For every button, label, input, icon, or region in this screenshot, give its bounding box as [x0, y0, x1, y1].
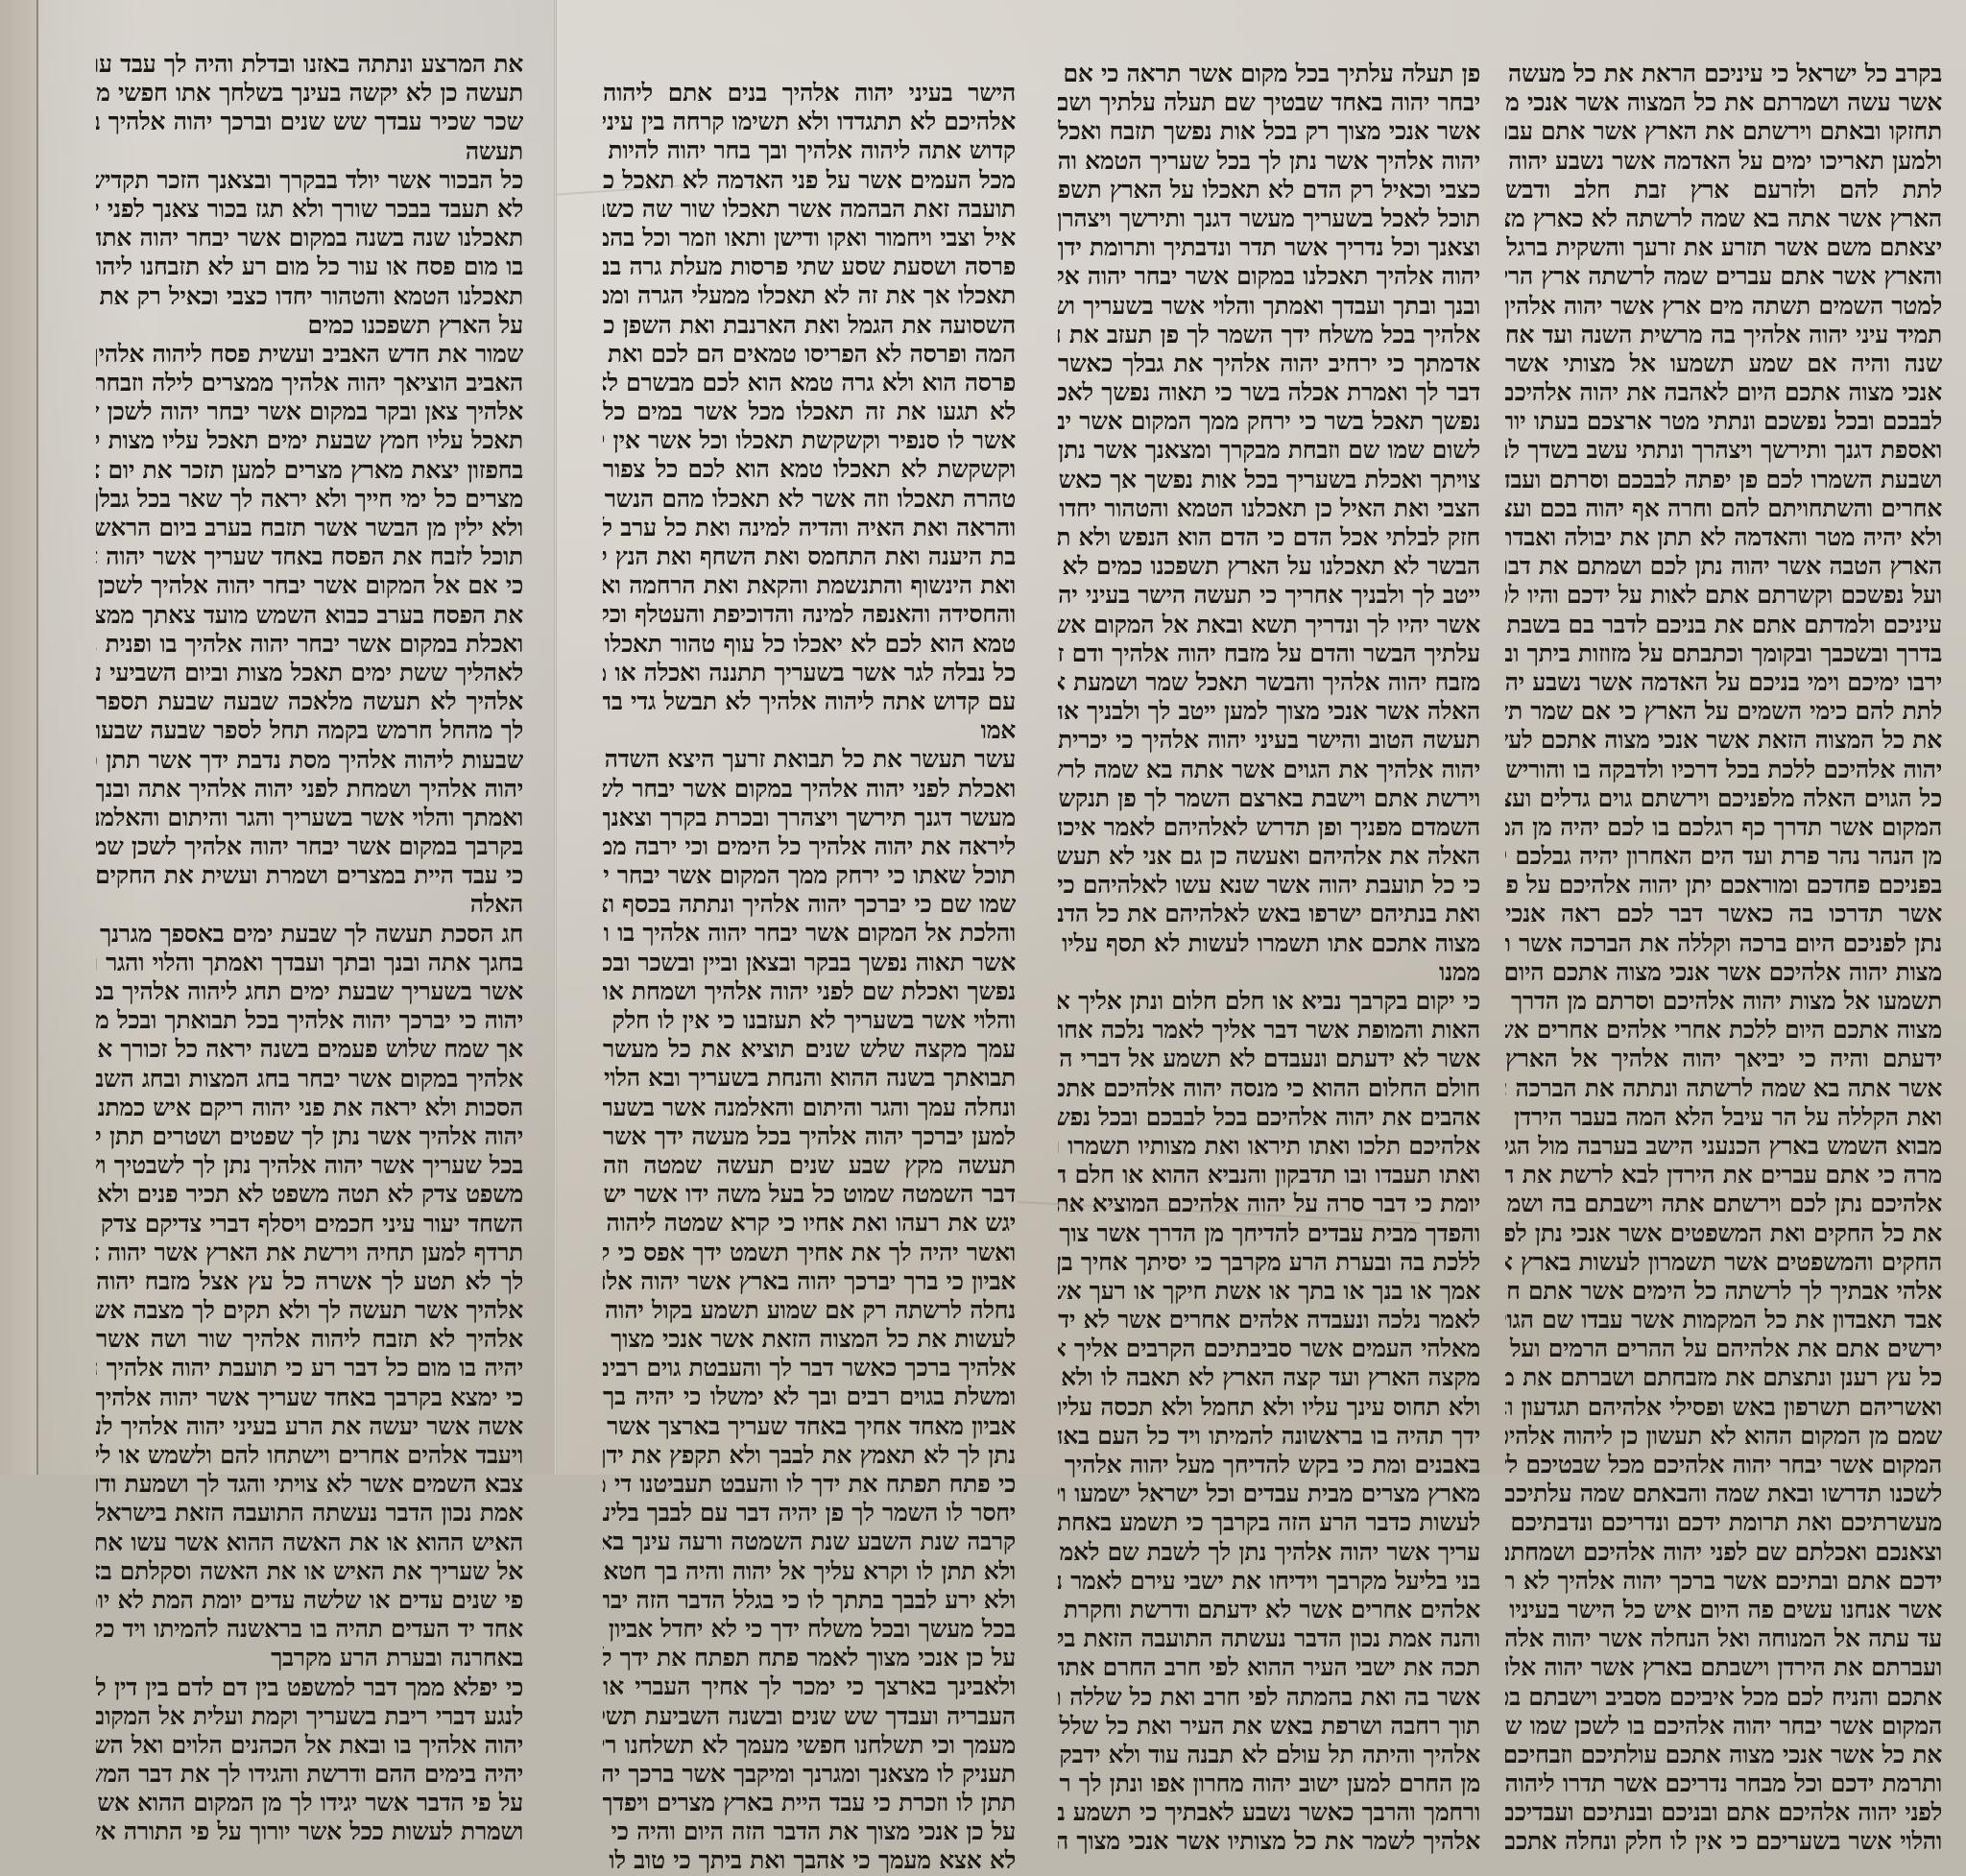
text-column-center-left: הישר בעיני יהוה אלהיך בנים אתם ליהוהאלהי… [603, 79, 1016, 1475]
scroll-text-line: יבחר יהוה באחד שבטיך שם תעלה עלתיך ושם ת… [1058, 88, 1480, 117]
scroll-text-line: תבואתך בשנה ההוא והנחת בשעריך ובא הלוי כ… [603, 1064, 1016, 1093]
scroll-text-line: למען יברכך יהוה אלהיך בכל מעשה ידך אשר [603, 1122, 1016, 1151]
scroll-text-line: והפדך מבית עבדים להדיחך מן הדרך אשר צוך … [1058, 1219, 1480, 1248]
scroll-text-line: מצות יהוה אלהיכם אשר אנכי מצוה אתכם היום… [1505, 958, 1942, 987]
scroll-text-line: המקום אשר יבחר יהוה אלהיכם מכל שבטיכם לש… [1505, 1451, 1942, 1475]
scroll-text-line: כל עץ רענן ונתצתם את מזבחתם ושברתם את מצ… [1505, 1363, 1942, 1392]
scroll-text-line: לתת להם ולזרעם ארץ זבת חלב ודבש [1505, 176, 1942, 204]
scroll-text-line: האות והמופת אשר דבר אליך לאמר נלכה אחרי … [1058, 1016, 1480, 1045]
scroll-text-line: חולם החלום ההוא כי מנסה יהוה אלהיכם אתכם… [1058, 1074, 1480, 1103]
scroll-text-line: ולא ילין מן הבשר אשר תזבח בערב ביום הראש… [96, 514, 523, 542]
scroll-text-line: עם קדוש אתה ליהוה אלהיך לא תבשל גדי בחלב [603, 687, 1016, 716]
scroll-text-line: השמדם מפניך ופן תדרש לאלהיהם לאמר איכה י… [1058, 813, 1480, 842]
scroll-text-line: יהוה אלהיך אשר נתן לך בכל שעריך הטמא והט… [1058, 147, 1480, 176]
scroll-text-line: תעשה [96, 137, 523, 166]
scroll-text-line: ובנך ובתך ועבדך ואמתך והלוי אשר בשעריך ו… [1058, 292, 1480, 321]
scroll-text-line: ללכת בה ובערת הרע מקרבך כי יסיתך אחיך בן [1058, 1248, 1480, 1277]
scroll-text-line: כי יקום בקרבך נביא או חלם חלום ונתן אליך… [1058, 987, 1480, 1016]
scroll-text-line: האלה את אלהיהם ואעשה כן גם אני לא תעשה כ… [1058, 842, 1480, 871]
scroll-text-line: שמור את חדש האביב ועשית פסח ליהוה אלהיך … [96, 340, 523, 369]
scroll-text-line: יהוה כי יברכך יהוה אלהיך בכל תבואתך ובכל… [96, 1006, 523, 1035]
scroll-text-line: ידעתם והיה כי יביאך יהוה אלהיך אל הארץ [1505, 1045, 1942, 1073]
scroll-text-line: בקרב כל ישראל כי עיניכם הראת את כל מעשה … [1505, 60, 1942, 88]
scroll-text-line: פרסה ושסעת שסע שתי פרסות מעלת גרה בבהמה … [603, 253, 1016, 281]
scroll-text-line: תחזקו ובאתם וירשתם את הארץ אשר אתם עברים… [1505, 117, 1942, 146]
scroll-text-line: על הארץ תשפכנו כמים [96, 311, 523, 340]
scroll-text-line: אלהיך לא תזבח ליהוה אלהיך שור ושה אשר [96, 1325, 523, 1354]
scroll-text-line: פן תעלה עלתיך בכל מקום אשר תראה כי אם במ… [1058, 60, 1480, 88]
scroll-text-line: ירשים אתם את אלהיהם על ההרים הרמים ועל ה… [1505, 1335, 1942, 1363]
scroll-text-line: קדוש אתה ליהוה אלהיך ובך בחר יהוה להיות … [603, 136, 1016, 165]
scroll-text-line: מצוה אתכם היום ללכת אחרי אלהים אחרים אשר… [1505, 1016, 1942, 1045]
scroll-text-line: ושבעת השמרו לכם פן יפתה לבבכם וסרתם ועבד… [1505, 466, 1942, 494]
scroll-text-line: הישר בעיני יהוה אלהיך בנים אתם ליהוה [603, 79, 1016, 108]
scroll-text-line: אשר יהיו לך ונדריך תשא ובאת אל המקום אשר… [1058, 611, 1480, 639]
scroll-text-line: אמו [603, 716, 1016, 745]
scroll-text-line: ואשר יהיה לך את אחיך תשמט ידך אפס כי לא … [603, 1239, 1016, 1267]
scroll-text-line: תוכל לאכל בשעריך מעשר דגנך ותירשך ויצהרך… [1058, 204, 1480, 233]
scroll-text-line: אשר תדרכו בה כאשר דבר לכם ראה אנכי [1505, 900, 1942, 928]
scroll-text-line: ויעבד אלהים אחרים וישתחו להם ולשמש או לי… [96, 1441, 523, 1470]
scroll-text-line: תאכל עליו חמץ שבעת ימים תאכל עליו מצות ל… [96, 426, 523, 455]
scroll-text-line: ואכלת לפני יהוה אלהיך במקום אשר יבחר לשכ… [603, 775, 1016, 804]
scroll-text-line: אשר אנכי מצוך רק בכל אות נפשך תזבח ואכלת… [1058, 117, 1480, 146]
scroll-text-line: תמיד עיני יהוה אלהיך בה מרשית השנה ועד א… [1505, 321, 1942, 349]
scroll-text-line: תעשה הטוב והישר בעיני יהוה אלהיך כי יכרי… [1058, 726, 1480, 755]
scroll-text-line: פרסה הוא ולא גרה טמא הוא לכם מבשרם לא תא… [603, 369, 1016, 397]
scroll-text-line: אלהיך צאן ובקר במקום אשר יבחר יהוה לשכן … [96, 397, 523, 426]
scroll-text-line: צויתך ואכלת בשעריך בכל אות נפשך אך כאשר … [1058, 466, 1480, 494]
scroll-text-line: לאמר נלכה ונעבדה אלהים אחרים אשר לא ידעת… [1058, 1306, 1480, 1335]
scroll-text-line: אשר תאוה נפשך בבקר ובצאן וביין ובשכר ובכ… [603, 949, 1016, 977]
scroll-text-line: ואמתך והלוי אשר בשעריך והגר והיתום והאלמ… [96, 804, 523, 832]
scroll-text-line: בת היענה ואת התחמס ואת השחף ואת הנץ למינ… [603, 542, 1016, 571]
scroll-text-line: וקשקשת לא תאכלו טמא הוא לכם כל צפור [603, 455, 1016, 484]
scroll-text-line: אבד תאבדון את כל המקמות אשר עבדו שם הגוי… [1505, 1306, 1942, 1335]
scroll-text-line: ואשריהם תשרפון באש ופסילי אלהיהם תגדעון … [1505, 1393, 1942, 1422]
scroll-text-line: שנה והיה אם שמע תשמעו אל מצותי אשר [1505, 349, 1942, 378]
scroll-text-line: את המרצע ונתתה באזנו ובדלת והיה לך עבד ע… [96, 50, 523, 79]
scroll-text-line: יהוה אלהיך ושמחת לפני יהוה אלהיך אתה ובנ… [96, 775, 523, 804]
scroll-text-line: מקצה הארץ ועד קצה הארץ לא תאבה לו ולא תש… [1058, 1363, 1480, 1392]
scroll-text-line: טהרה תאכלו וזה אשר לא תאכלו מהם הנשר והפ… [603, 485, 1016, 514]
scroll-text-line: אשר לו סנפיר וקשקשת תאכלו וכל אשר אין לו… [603, 426, 1016, 455]
scroll-text-line: בכל שעריך אשר יהוה אלהיך נתן לך לשבטיך ו… [96, 1151, 523, 1180]
scroll-text-line: באבנים ומת כי בקש להדיחך מעל יהוה אלהיך … [1058, 1451, 1480, 1475]
scroll-text-line: חג הסכת תעשה לך שבעת ימים באספך מגרנך ומ… [96, 920, 523, 949]
scroll-text-line: אך שמח שלוש פעמים בשנה יראה כל זכורך את … [96, 1035, 523, 1064]
scroll-text-line: שבעות ליהוה אלהיך מסת נדבת ידך אשר תתן כ… [96, 746, 523, 775]
scroll-text-line: עיניכם ולמדתם אתם את בניכם לדבר בם בשבתך… [1505, 611, 1942, 639]
scroll-text-line: ואת הינשוף והתנשמת והקאת ואת הרחמה ואת ה… [603, 571, 1016, 600]
scroll-text-line: אלהיך לא תעשה מלאכה שבעה שבעת תספר [96, 687, 523, 716]
scroll-text-line: חזק לבלתי אכל הדם כי הדם הוא הנפש ולא תא… [1058, 523, 1480, 552]
scroll-text-line: אלהי אבתיך לך לרשתה כל הימים אשר אתם חיי… [1505, 1277, 1942, 1306]
scroll-text-line: דבר השמטה שמוט כל בעל משה ידו אשר ישה בר… [603, 1180, 1016, 1209]
scroll-text-line: עמך מקצה שלש שנים תוציא את כל מעשר [603, 1035, 1016, 1064]
scroll-text-line: דבר לך ואמרת אכלה בשר כי תאוה נפשך לאכל … [1058, 378, 1480, 407]
scroll-text-line: בפניכם פחדכם ומוראכם יתן יהוה אלהיכם על … [1505, 871, 1942, 900]
scroll-text-line: תשמעו אל מצות יהוה אלהיכם וסרתם מן הדרך … [1505, 987, 1942, 1016]
scroll-text-line: נפשך ואכלת שם לפני יהוה אלהיך ושמחת אתה … [603, 977, 1016, 1006]
scroll-text-line: ואכלת במקום אשר יבחר יהוה אלהיך בו ופנית… [96, 630, 523, 659]
scroll-text-line: הבשר לא תאכלנו על הארץ תשפכנו כמים לא תא… [1058, 552, 1480, 581]
scroll-text-line: והראה ואת האיה והדיה למינה ואת כל ערב למ… [603, 514, 1016, 542]
scroll-text-line: תוכל שאתו כי ירחק ממך המקום אשר יבחר יהו… [603, 861, 1016, 890]
scroll-text-line: לא תגעו את זה תאכלו מכל אשר במים כל [603, 397, 1016, 426]
scroll-text-line: וצאנך וכל נדריך אשר תדר ונדבתיך ותרומת י… [1058, 233, 1480, 262]
scroll-text-line: ולא יהיה מטר והאדמה לא תתן את יבולה ואבד… [1505, 523, 1942, 552]
scroll-text-line: כל הגוים האלה מלפניכם וירשתם גוים גדלים … [1505, 784, 1942, 813]
scroll-text-line: אלהיך ברכך כאשר דבר לך והעבטת גוים רבים … [603, 1354, 1016, 1383]
text-column-left: את המרצע ונתתה באזנו ובדלת והיה לך עבד ע… [96, 50, 523, 1475]
scroll-text-line: האלה [96, 890, 523, 919]
scroll-text-line: עלתיך הבשר והדם על מזבח יהוה אלהיך ודם ז… [1058, 639, 1480, 668]
scroll-text-line: החקים והמשפטים אשר תשמרון לעשות בארץ אשר… [1505, 1248, 1942, 1277]
scroll-text-line: כי כל תועבת יהוה אשר שנא עשו לאלהיהם כי … [1058, 871, 1480, 900]
scroll-text-line: צבא השמים אשר לא צויתי והגד לך ושמעת ודר… [96, 1470, 523, 1475]
scroll-text-line: ואספת דגנך ותירשך ויצהרך ונתתי עשב בשדך … [1505, 436, 1942, 465]
scroll-text-line: נתן לך לא תאמץ את לבבך ולא תקפץ את ידך מ… [603, 1441, 1016, 1470]
scroll-text-line: אשר עשה ושמרתם את כל המצוה אשר אנכי מצוך… [1505, 88, 1942, 117]
scroll-text-line: לא תעבד בבכר שורך ולא תגז בכור צאנך לפני… [96, 195, 523, 224]
scroll-text-line: ליראה את יהוה אלהיך כל הימים וכי ירבה ממ… [603, 832, 1016, 861]
scroll-text-line: בדרך ובשכבך ובקומך וכתבתם על מזוזות ביתך… [1505, 639, 1942, 668]
scroll-text-line: בקרבך במקום אשר יבחר יהוה אלהיך לשכן שמו… [96, 832, 523, 861]
scroll-text-line: אלהיכם נתן לכם וירשתם אתה וישבתם בה ושמר… [1505, 1190, 1942, 1218]
scroll-text-line: יגש את רעהו ואת אחיו כי קרא שמטה ליהוה א… [603, 1209, 1016, 1238]
scroll-text-line: תועבה זאת הבהמה אשר תאכלו שור שה כשבים ו… [603, 195, 1016, 224]
scroll-text-line: אלהיך בכל משלח ידך השמר לך פן תעזב את הל… [1058, 321, 1480, 349]
scroll-text-line: ואתו תעבדו ובו תדבקון והנביא ההוא או חלם… [1058, 1161, 1480, 1190]
scroll-text-line: אנכי מצוה אתכם היום לאהבה את יהוה אלהיכם… [1505, 378, 1942, 407]
scroll-edge [0, 0, 38, 1475]
scroll-text-line: מצרים כל ימי חייך ולא יראה לך שאר בכל גב… [96, 485, 523, 514]
scroll-text-line: תרדף למען תחיה וירשת את הארץ אשר יהוה אל… [96, 1239, 523, 1267]
scroll-text-line: אלהיכם תלכו ואתו תיראו ואת מצותיו תשמרו … [1058, 1132, 1480, 1161]
text-column-center-right: פן תעלה עלתיך בכל מקום אשר תראה כי אם במ… [1058, 60, 1480, 1475]
scroll-text-line: אשר אתה בא שמה לרשתה ונתתה את הברכה על ה… [1505, 1074, 1942, 1103]
scroll-text-line: אשה אשר יעשה את הרע בעיני יהוה אלהיך לעב… [96, 1412, 523, 1441]
scroll-text-line: אמך או בנך או בתך או אשת חיקך או רעך אשר… [1058, 1277, 1480, 1306]
scroll-text-line: כי אם אל המקום אשר יבחר יהוה אלהיך לשכן … [96, 571, 523, 600]
scroll-text-line: המקום אשר תדרך כף רגלכם בו לכם יהיה מן ה… [1505, 813, 1942, 842]
scroll-text-line: וירשת אתם וישבת בארצם השמר לך פן תנקש אח… [1058, 784, 1480, 813]
scroll-text-line: לשום שמו שם וזבחת מבקרך ומצאנך אשר נתן י… [1058, 436, 1480, 465]
scroll-text-line: והלוי אשר בשעריך לא תעזבנו כי אין לו חלק… [603, 1006, 1016, 1035]
scroll-text-line: שכר שכיר עבדך שש שנים וברכך יהוה אלהיך ב… [96, 108, 523, 136]
scroll-text-line: כל נבלה לגר אשר בשעריך תתננה ואכלה או מכ… [603, 659, 1016, 687]
scroll-text-line: לאהליך ששת ימים תאכל מצות וביום השביעי ע… [96, 659, 523, 687]
scroll-text-line: כל הבכור אשר יולד בבקרך ובצאנך הזכר תקדי… [96, 166, 523, 195]
scroll-text-line: יהיה בו מום כל דבר רע כי תועבת יהוה אלהי… [96, 1354, 523, 1383]
scroll-text-line: תאכלו אך את זה לא תאכלו ממעלי הגרה וממפר… [603, 281, 1016, 310]
scroll-text-line: בחפזון יצאת מארץ מצרים למען תזכר את יום … [96, 456, 523, 485]
scroll-text-line: שמם מן המקום ההוא לא תעשון כן ליהוה אלהי… [1505, 1422, 1942, 1451]
scroll-text-line: משפט צדק לא תטה משפט לא תכיר פנים ולא תק… [96, 1180, 523, 1209]
scroll-text-line: האביב הוציאך יהוה אלהיך ממצרים לילה וזבח… [96, 369, 523, 397]
scroll-text-line: את כל המצוה הזאת אשר אנכי מצוה אתכם לעשת… [1505, 726, 1942, 755]
scroll-text-line: ולא תחוס עינך עליו ולא תחמל ולא תכסה עלי… [1058, 1393, 1480, 1422]
scroll-text-line: ומשלת בגוים רבים ובך לא ימשלו כי יהיה בך [603, 1383, 1016, 1411]
scroll-text-line: לך לא תטע לך אשרה כל עץ אצל מזבח יהוה [96, 1267, 523, 1296]
scroll-text-line: מצוה אתכם אתו תשמרו לעשות לא תסף עליו ול… [1058, 929, 1480, 958]
scroll-text-line: יצאתם משם אשר תזרע את זרעך והשקית ברגלך … [1505, 233, 1942, 262]
scroll-text-line: יהוה אלהיך תאכלנו במקום אשר יבחר יהוה אל… [1058, 262, 1480, 291]
torah-scroll-parchment: בקרב כל ישראל כי עיניכם הראת את כל מעשה … [0, 0, 1966, 1475]
scroll-text-line: השסועה את הגמל ואת הארנבת ואת השפן כי מע… [603, 311, 1016, 340]
scroll-text-line: מן הנהר נהר פרת ועד הים האחרון יהיה גבלכ… [1505, 842, 1942, 871]
scroll-text-line: יומת כי דבר סרה על יהוה אלהיכם המוציא את… [1058, 1190, 1480, 1218]
scroll-text-line: ועל נפשכם וקשרתם אתם לאות על ידכם והיו ל… [1505, 581, 1942, 610]
text-column-right: בקרב כל ישראל כי עיניכם הראת את כל מעשה … [1505, 60, 1942, 1475]
scroll-text-line: יהוה אלהיך את הגוים אשר אתה בא שמה לרשת … [1058, 756, 1480, 784]
scroll-text-line: אהבים את יהוה אלהיכם בכל לבבכם ובכל נפשכ… [1058, 1103, 1480, 1132]
scroll-text-line: ייטב לך ולבניך אחריך כי תעשה הישר בעיני … [1058, 581, 1480, 610]
scroll-text-line: והארץ אשר אתם עברים שמה לרשתה ארץ הרים ו… [1505, 262, 1942, 291]
scroll-text-line: ואת בנתיהם ישרפו באש לאלהיהם את כל הדבר … [1058, 900, 1480, 928]
scroll-text-line: המה ופרסה לא הפריסו טמאים הם לכם ואת החז… [603, 340, 1016, 369]
scroll-text-line: ולמען תאריכו ימים על האדמה אשר נשבע יהוה… [1505, 147, 1942, 176]
scroll-text-line: תוכל לזבח את הפסח באחד שעריך אשר יהוה אל… [96, 542, 523, 571]
scroll-text-line: למטר השמים תשתה מים ארץ אשר יהוה אלהיך ד… [1505, 292, 1942, 321]
scroll-text-line: ונחלה עמך והגר והיתום והאלמנה אשר בשעריך… [603, 1094, 1016, 1122]
scroll-text-line: אדמתך כי ירחיב יהוה אלהיך את גבלך כאשר [1058, 349, 1480, 378]
scroll-text-line: בו מום פסח או עור כל מום רע לא תזבחנו לי… [96, 253, 523, 281]
scroll-text-line: לעשות את כל המצוה הזאת אשר אנכי מצוך היו… [603, 1325, 1016, 1354]
scroll-text-line: בחגך אתה ובנך ובתך ועבדך ואמתך והלוי והג… [96, 949, 523, 977]
scroll-text-line: תעשה כן לא יקשה בעינך בשלחך אתו חפשי מעמ… [96, 79, 523, 108]
scroll-text-line: אשר לא ידעתם ונעבדם לא תשמע אל דברי הנבי… [1058, 1045, 1480, 1073]
scroll-text-line: תאכלנו הטמא והטהור יחדו כצבי וכאיל רק את… [96, 282, 523, 311]
scroll-text-line: כצבי וכאיל רק הדם לא תאכלו על הארץ תשפכנ… [1058, 176, 1480, 204]
scroll-text-line: איל וצבי ויחמור ואקו ודישן ותאו וזמר וכל… [603, 224, 1016, 253]
scroll-text-line: יהוה אלהיך אשר נתן לך שפטים ושטרים תתן ל… [96, 1122, 523, 1151]
scroll-text-line: כי ימצא בקרבך באחד שעריך אשר יהוה אלהיך … [96, 1383, 523, 1412]
scroll-text-line: תעשה מקץ שבע שנים תעשה שמטה וזה [603, 1151, 1016, 1180]
scroll-text-line: ואת הקללה על הר עיבל הלא המה בעבר הירדן … [1505, 1103, 1942, 1132]
scroll-text-line: והלכת אל המקום אשר יבחר יהוה אלהיך בו ונ… [603, 919, 1016, 948]
scroll-text-line: לך מהחל חרמש בקמה תחל לספר שבעה שבעות וע… [96, 716, 523, 745]
scroll-text-line: מזבח יהוה אלהיך והבשר תאכל שמר ושמעת את … [1058, 668, 1480, 697]
scroll-text-line: נתן לפניכם היום ברכה וקללה את הברכה אשר … [1505, 929, 1942, 958]
scroll-text-line: אלהיך במקום אשר יבחר בחג המצות ובחג השבע… [96, 1065, 523, 1094]
scroll-text-line: אלהיכם לא תתגדדו ולא תשימו קרחה בין עיני… [603, 108, 1016, 136]
scroll-text-line: אביון מאחד אחיך באחד שעריך בארצך אשר יהו… [603, 1412, 1016, 1441]
scroll-text-line: לתת להם כימי השמים על הארץ כי אם שמר תשמ… [1505, 697, 1942, 726]
scroll-text-line: ידך תהיה בו בראשונה להמיתו ויד כל העם בא… [1058, 1422, 1480, 1451]
scroll-text-line: לבבכם ובכל נפשכם ונתתי מטר ארצכם בעתו יו… [1505, 407, 1942, 436]
scroll-text-line: יהוה אלהיכם ללכת בכל דרכיו ולדבקה בו והו… [1505, 756, 1942, 784]
scroll-text-line: הצבי ואת האיל כן תאכלנו הטמא והטהור יחדו… [1058, 494, 1480, 523]
scroll-text-line: ירבו ימיכם וימי בניכם על האדמה אשר נשבע … [1505, 668, 1942, 697]
sheet-seam [554, 0, 557, 1475]
scroll-text-line: והחסידה והאנפה למינה והדוכיפת והעטלף וכל… [603, 600, 1016, 629]
scroll-text-line: מאלהי העמים אשר סביבתיכם הקרבים אליך או … [1058, 1335, 1480, 1363]
scroll-text-line: אחרים והשתחויתם להם וחרה אף יהוה בכם ועצ… [1505, 494, 1942, 523]
scroll-text-line: האלה אשר אנכי מצוך למען ייטב לך ולבניך א… [1058, 697, 1480, 726]
scroll-text-line: את הפסח בערב כבוא השמש מועד צאתך ממצרים … [96, 601, 523, 630]
scroll-text-line: השחד יעור עיני חכמים ויסלף דברי צדיקם צד… [96, 1210, 523, 1239]
scroll-text-line: ממנו [1058, 958, 1480, 987]
scroll-text-line: את כל החקים ואת המשפטים אשר אנכי נתן לפנ… [1505, 1219, 1942, 1248]
scroll-text-line: מבוא השמש בארץ הכנעני הישב בערבה מול הגל… [1505, 1132, 1942, 1161]
scroll-text-line: מעשר דגנך תירשך ויצהרך ובכרת בקרך וצאנך … [603, 804, 1016, 832]
scroll-text-line: שמו שם כי יברכך יהוה אלהיך ונתתה בכסף וצ… [603, 890, 1016, 919]
scroll-text-line: הארץ הטבה אשר יהוה נתן לכם ושמתם את דברי… [1505, 552, 1942, 581]
scroll-text-line: מכל העמים אשר על פני האדמה לא תאכל כל [603, 166, 1016, 195]
scroll-text-line: תאכלנו שנה בשנה במקום אשר יבחר יהוה אתה … [96, 224, 523, 253]
scroll-text-line: נפשך תאכל בשר כי ירחק ממך המקום אשר יבחר… [1058, 407, 1480, 436]
scroll-text-line: עשר תעשר את כל תבואת זרעך היצא השדה שנה … [603, 745, 1016, 774]
scroll-text-line: הסכות ולא יראה את פני יהוה ריקם איש כמתנ… [96, 1094, 523, 1122]
scroll-text-line: טמא הוא לכם לא יאכלו כל עוף טהור תאכלו ל… [603, 630, 1016, 659]
scroll-text-line: אביון כי ברך יברכך יהוה בארץ אשר יהוה אל… [603, 1267, 1016, 1296]
scroll-text-line: הארץ אשר אתה בא שמה לרשתה לא כארץ מצרים … [1505, 204, 1942, 233]
scroll-text-line: כי עבד היית במצרים ושמרת ועשית את החקים [96, 861, 523, 890]
scroll-text-line: כי פתח תפתח את ידך לו והעבט תעביטנו די מ… [603, 1470, 1016, 1475]
scroll-text-line: אלהיך אשר תעשה לך ולא תקים לך מצבה אשר ש… [96, 1296, 523, 1325]
scroll-text-line: נחלה לרשתה רק אם שמוע תשמע בקול יהוה אלה… [603, 1296, 1016, 1325]
scroll-text-line: אשר בשעריך שבעת ימים תחג ליהוה אלהיך במק… [96, 977, 523, 1006]
scroll-text-line: מרה כי אתם עברים את הירדן לבא לרשת את הא… [1505, 1161, 1942, 1190]
